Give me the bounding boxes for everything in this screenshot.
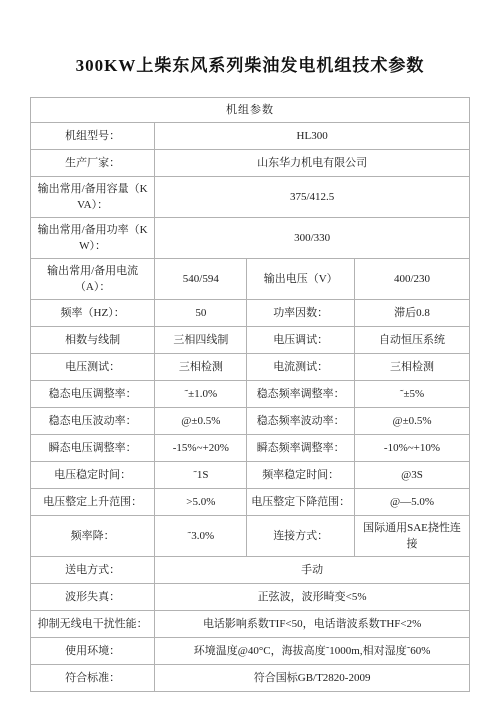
param-label: 电压稳定时间： xyxy=(31,462,155,489)
param-value: 国际通用SAE挠性连接 xyxy=(354,516,469,557)
param-label: 输出常用/备用电流（A）： xyxy=(31,259,155,300)
param-label: 输出常用/备用功率（KW）： xyxy=(31,218,155,259)
table-row: 送电方式：手动 xyxy=(31,557,470,584)
page-title: 300KW上柴东风系列柴油发电机组技术参数 xyxy=(0,54,500,78)
spec-table-body: 机组型号：HL300生产厂家：山东华力机电有限公司输出常用/备用容量（KVA）：… xyxy=(31,123,470,692)
param-value: 375/412.5 xyxy=(155,177,470,218)
param-value: 三相检测 xyxy=(155,354,247,381)
table-header-row: 机组参数 xyxy=(31,98,470,123)
param-value: ˜±1.0% xyxy=(155,381,247,408)
param-label: 稳态频率调整率： xyxy=(247,381,355,408)
param-label: 波形失真： xyxy=(31,584,155,611)
param-value: 山东华力机电有限公司 xyxy=(155,150,470,177)
param-value: 滞后0.8 xyxy=(354,300,469,327)
param-value: 400/230 xyxy=(354,259,469,300)
table-row: 机组型号：HL300 xyxy=(31,123,470,150)
param-label: 使用环境： xyxy=(31,638,155,665)
param-label: 连接方式： xyxy=(247,516,355,557)
param-label: 电压整定下降范围： xyxy=(247,489,355,516)
param-label: 抑制无线电干扰性能： xyxy=(31,611,155,638)
table-row: 电压整定上升范围：>5.0%电压整定下降范围：@—5.0% xyxy=(31,489,470,516)
param-value: ˜1S xyxy=(155,462,247,489)
param-label: 稳态频率波动率： xyxy=(247,408,355,435)
table-row: 抑制无线电干扰性能：电话影响系数TIF<50，电话谐波系数THF<2% xyxy=(31,611,470,638)
param-value: @—5.0% xyxy=(354,489,469,516)
param-value: >5.0% xyxy=(155,489,247,516)
table-row: 输出常用/备用功率（KW）：300/330 xyxy=(31,218,470,259)
table-row: 符合标准：符合国标GB/T2820-2009 xyxy=(31,665,470,692)
param-value: HL300 xyxy=(155,123,470,150)
table-row: 相数与线制三相四线制电压调试：自动恒压系统 xyxy=(31,327,470,354)
table-row: 输出常用/备用容量（KVA）：375/412.5 xyxy=(31,177,470,218)
param-label: 电压测试： xyxy=(31,354,155,381)
param-value: 三相四线制 xyxy=(155,327,247,354)
param-value: 手动 xyxy=(155,557,470,584)
param-value: -10%~+10% xyxy=(354,435,469,462)
param-label: 稳态电压波动率： xyxy=(31,408,155,435)
param-label: 频率（HZ）： xyxy=(31,300,155,327)
param-value: 自动恒压系统 xyxy=(354,327,469,354)
param-label: 功率因数： xyxy=(247,300,355,327)
param-label: 机组型号： xyxy=(31,123,155,150)
param-value: 环境温度@40°C，海拔高度˜1000m,相对湿度˜60% xyxy=(155,638,470,665)
param-value: @3S xyxy=(354,462,469,489)
param-label: 电压调试： xyxy=(247,327,355,354)
table-row: 输出常用/备用电流（A）：540/594输出电压（V）400/230 xyxy=(31,259,470,300)
param-label: 电压整定上升范围： xyxy=(31,489,155,516)
param-label: 生产厂家： xyxy=(31,150,155,177)
param-label: 稳态电压调整率： xyxy=(31,381,155,408)
param-label: 瞬态频率调整率： xyxy=(247,435,355,462)
table-row: 电压测试：三相检测电流测试：三相检测 xyxy=(31,354,470,381)
param-label: 相数与线制 xyxy=(31,327,155,354)
param-label: 电流测试： xyxy=(247,354,355,381)
param-label: 瞬态电压调整率： xyxy=(31,435,155,462)
param-label: 频率降： xyxy=(31,516,155,557)
param-label: 输出常用/备用容量（KVA）： xyxy=(31,177,155,218)
param-value: 正弦波，波形畸变<5% xyxy=(155,584,470,611)
table-row: 频率降：˜3.0%连接方式：国际通用SAE挠性连接 xyxy=(31,516,470,557)
table-row: 生产厂家：山东华力机电有限公司 xyxy=(31,150,470,177)
param-value: 符合国标GB/T2820-2009 xyxy=(155,665,470,692)
param-value: 电话影响系数TIF<50，电话谐波系数THF<2% xyxy=(155,611,470,638)
table-header: 机组参数 xyxy=(31,98,470,123)
table-row: 稳态电压波动率：@±0.5%稳态频率波动率：@±0.5% xyxy=(31,408,470,435)
param-label: 符合标准： xyxy=(31,665,155,692)
table-row: 频率（HZ）：50功率因数：滞后0.8 xyxy=(31,300,470,327)
param-value: ˜3.0% xyxy=(155,516,247,557)
param-value: 50 xyxy=(155,300,247,327)
table-row: 稳态电压调整率：˜±1.0%稳态频率调整率：˜±5% xyxy=(31,381,470,408)
param-value: @±0.5% xyxy=(354,408,469,435)
param-label: 输出电压（V） xyxy=(247,259,355,300)
param-value: @±0.5% xyxy=(155,408,247,435)
param-value: 300/330 xyxy=(155,218,470,259)
param-value: 540/594 xyxy=(155,259,247,300)
table-row: 使用环境：环境温度@40°C，海拔高度˜1000m,相对湿度˜60% xyxy=(31,638,470,665)
table-row: 波形失真：正弦波，波形畸变<5% xyxy=(31,584,470,611)
param-value: 三相检测 xyxy=(354,354,469,381)
table-row: 瞬态电压调整率：-15%~+20%瞬态频率调整率：-10%~+10% xyxy=(31,435,470,462)
param-label: 送电方式： xyxy=(31,557,155,584)
param-value: ˜±5% xyxy=(354,381,469,408)
table-row: 电压稳定时间：˜1S频率稳定时间：@3S xyxy=(31,462,470,489)
param-value: -15%~+20% xyxy=(155,435,247,462)
spec-table: 机组参数 机组型号：HL300生产厂家：山东华力机电有限公司输出常用/备用容量（… xyxy=(30,97,470,692)
param-label: 频率稳定时间： xyxy=(247,462,355,489)
document-page: 300KW上柴东风系列柴油发电机组技术参数 机组参数 机组型号：HL300生产厂… xyxy=(0,0,500,707)
